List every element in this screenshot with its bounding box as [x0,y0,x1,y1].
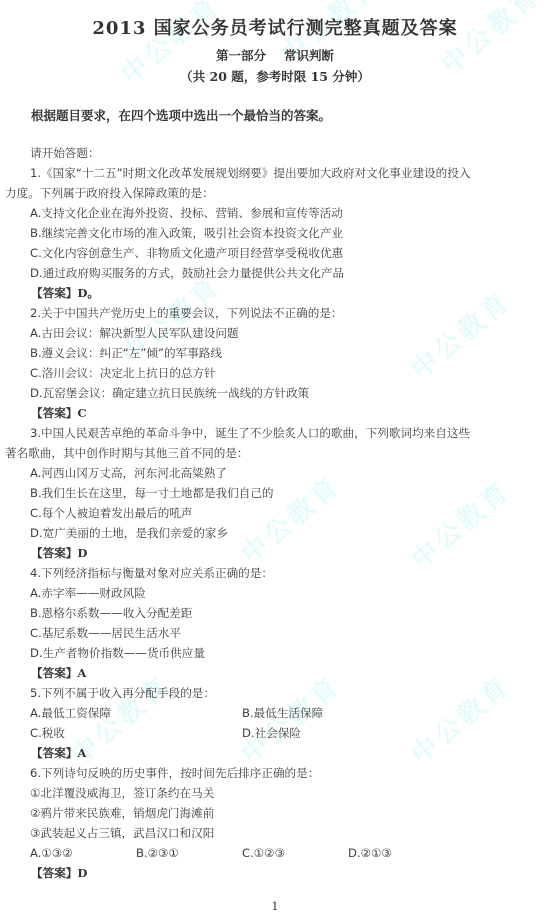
question-6-item-2: ②鸦片带来民族难，销烟虎门海滩前 [0,803,540,823]
page-number: 1 [0,900,550,913]
question-3-option-c: C.每个人被迫着发出最后的吼声 [0,503,540,523]
question-3-option-a: A.河西山冈万丈高，河东河北高粱熟了 [0,463,540,483]
question-6-option-a: A.①③② [30,843,136,863]
question-5-options-row-1: A.最低工资保障 B.最低生活保障 [0,703,540,723]
question-4-option-c: C.基尼系数——居民生活水平 [0,623,540,643]
question-2-option-b: B.遵义会议：纠正“左”倾”的军事路线 [0,343,540,363]
question-5-option-b: B.最低生活保障 [242,703,454,723]
question-4-option-a: A.赤字率——财政风险 [0,583,540,603]
question-2-answer: 【答案】C [0,403,540,423]
question-6-option-b: B.②③① [136,843,242,863]
question-5-answer: 【答案】A [0,743,540,763]
question-1-option-b: B.继续完善文化市场的准入政策，吸引社会资本投资文化产业 [0,223,540,243]
question-5-stem: 5.下列不属于收入再分配手段的是： [0,683,540,703]
section-note: （共 20 题，参考时限 15 分钟） [0,67,550,85]
question-5-option-c: C.税收 [30,723,242,743]
question-1-answer: 【答案】D。 [0,283,540,303]
question-3-option-d: D.宽广美丽的土地，是我们亲爱的家乡 [0,523,540,543]
question-6-answer: 【答案】D [0,863,540,883]
question-1-option-c: C.文化内容创意生产、非物质文化遗产项目经营享受税收优惠 [0,243,540,263]
question-6-item-1: ①北洋覆没威海卫，签订条约在马关 [0,783,540,803]
question-1-stem-cont: 力度。下列属于政府投入保障政策的是： [0,183,540,203]
question-3-option-b: B.我们生长在这里，每一寸土地都是我们自己的 [0,483,540,503]
question-4-option-b: B.恩格尔系数——收入分配差距 [0,603,540,623]
question-6-stem: 6.下列诗句反映的历史事件，按时间先后排序正确的是： [0,763,540,783]
question-1-option-d: D.通过政府购买服务的方式，鼓励社会力量提供公共文化产品 [0,263,540,283]
question-6-option-c: C.①②③ [242,843,348,863]
question-2-option-a: A.古田会议：解决新型人民军队建设问题 [0,323,540,343]
question-4-answer: 【答案】A [0,663,540,683]
question-5-options-row-2: C.税收 D.社会保险 [0,723,540,743]
instruction: 根据题目要求，在四个选项中选出一个最恰当的答案。 [31,106,331,124]
question-2-option-c: C.洛川会议：决定北上抗日的总方针 [0,363,540,383]
document-title: 2013 国家公务员考试行测完整真题及答案 [0,14,550,40]
section-name: 常识判断 [284,48,334,63]
question-6-item-3: ③武装起义占三镇，武昌汉口和汉阳 [0,823,540,843]
question-1-stem: 1.《国家“十二五”时期文化改革发展规划纲要》提出要加大政府对文化事业建设的投入 [0,163,540,183]
question-3-stem: 3.中国人民艰苦卓绝的革命斗争中，诞生了不少脍炙人口的歌曲，下列歌词均来自这些 [0,423,540,443]
question-6-option-d: D.②①③ [348,843,454,863]
question-6-options-row: A.①③② B.②③① C.①②③ D.②①③ [0,843,540,863]
question-4-stem: 4.下列经济指标与衡量对象对应关系正确的是： [0,563,540,583]
question-5-option-a: A.最低工资保障 [30,703,242,723]
question-2-stem: 2.关于中国共产党历史上的重要会议，下列说法不正确的是： [0,303,540,323]
question-3-stem-cont: 著名歌曲，其中创作时期与其他三首不同的是： [0,443,540,463]
question-1-option-a: A.支持文化企业在海外投资、投标、营销、参展和宣传等活动 [0,203,540,223]
question-2-option-d: D.瓦窑堡会议：确定建立抗日民族统一战线的方针政策 [0,383,540,403]
question-5-option-d: D.社会保险 [242,723,454,743]
start-prompt: 请开始答题： [0,143,540,163]
section-heading: 第一部分常识判断 [0,46,550,64]
question-4-option-d: D.生产者物价指数——货币供应量 [0,643,540,663]
section-label: 第一部分 [216,48,266,63]
document-page: 中公教育 中公教育 中公教育 中公教育 中公教育 中公教育 中公教育 中公教育 … [0,0,550,921]
question-3-answer: 【答案】D [0,543,540,563]
question-list: 请开始答题： 1.《国家“十二五”时期文化改革发展规划纲要》提出要加大政府对文化… [0,143,540,883]
